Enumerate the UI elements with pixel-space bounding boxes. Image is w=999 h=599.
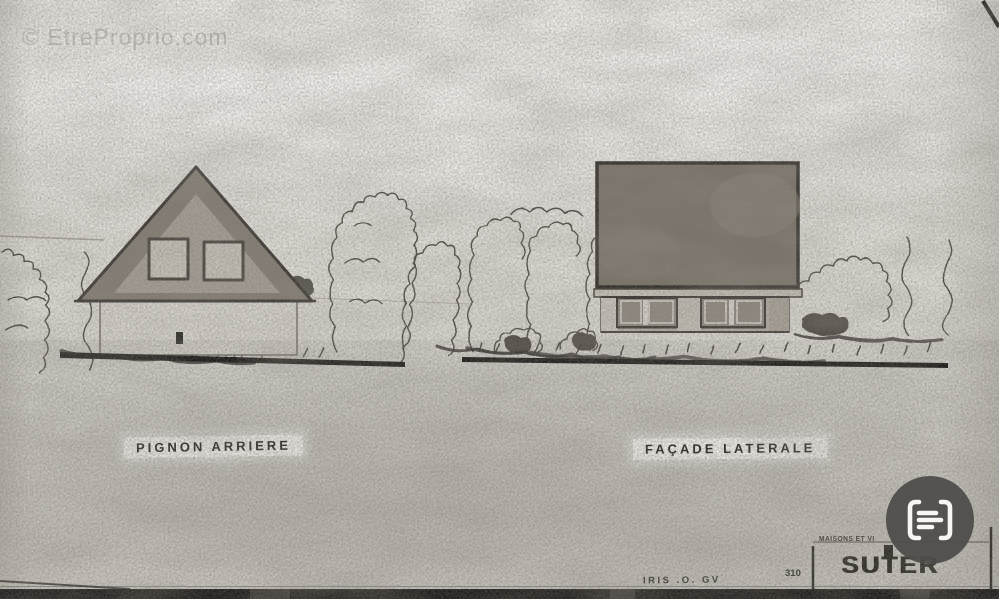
wall-light-strip [677,297,701,332]
title-block-sheet-number: 310 [785,568,801,579]
elevation-drawing [0,0,999,599]
roof-shading [600,230,680,280]
right-elevation-house [594,163,802,332]
left-gable-window-1 [149,239,188,279]
scan-button[interactable] [886,476,974,564]
label-facade-laterale: FAÇADE LATERALE [633,437,828,460]
left-house-wall [100,301,297,355]
roof-shading [710,173,800,237]
label-pignon-arriere: PIGNON ARRIERE [124,434,303,458]
title-block-reference: IRIS .O. GV [643,575,721,587]
wall-shade-strip [769,297,789,332]
left-elevation-house [74,167,316,355]
scan-text-icon [907,499,953,541]
left-house-post [176,332,183,344]
scanned-plan-image: © EtreProprio.com PIGNON ARRIERE FAÇADE … [0,0,999,599]
corner-fold-mark [983,1,999,27]
window-mullion [643,300,648,325]
window-mullion [729,300,734,325]
watermark: © EtreProprio.com [22,24,229,51]
wall-light-strip [601,297,617,332]
title-block-company: MAISONS ET VI [819,536,875,543]
left-gable-window-2 [204,242,243,280]
right-house-fascia [594,289,802,297]
